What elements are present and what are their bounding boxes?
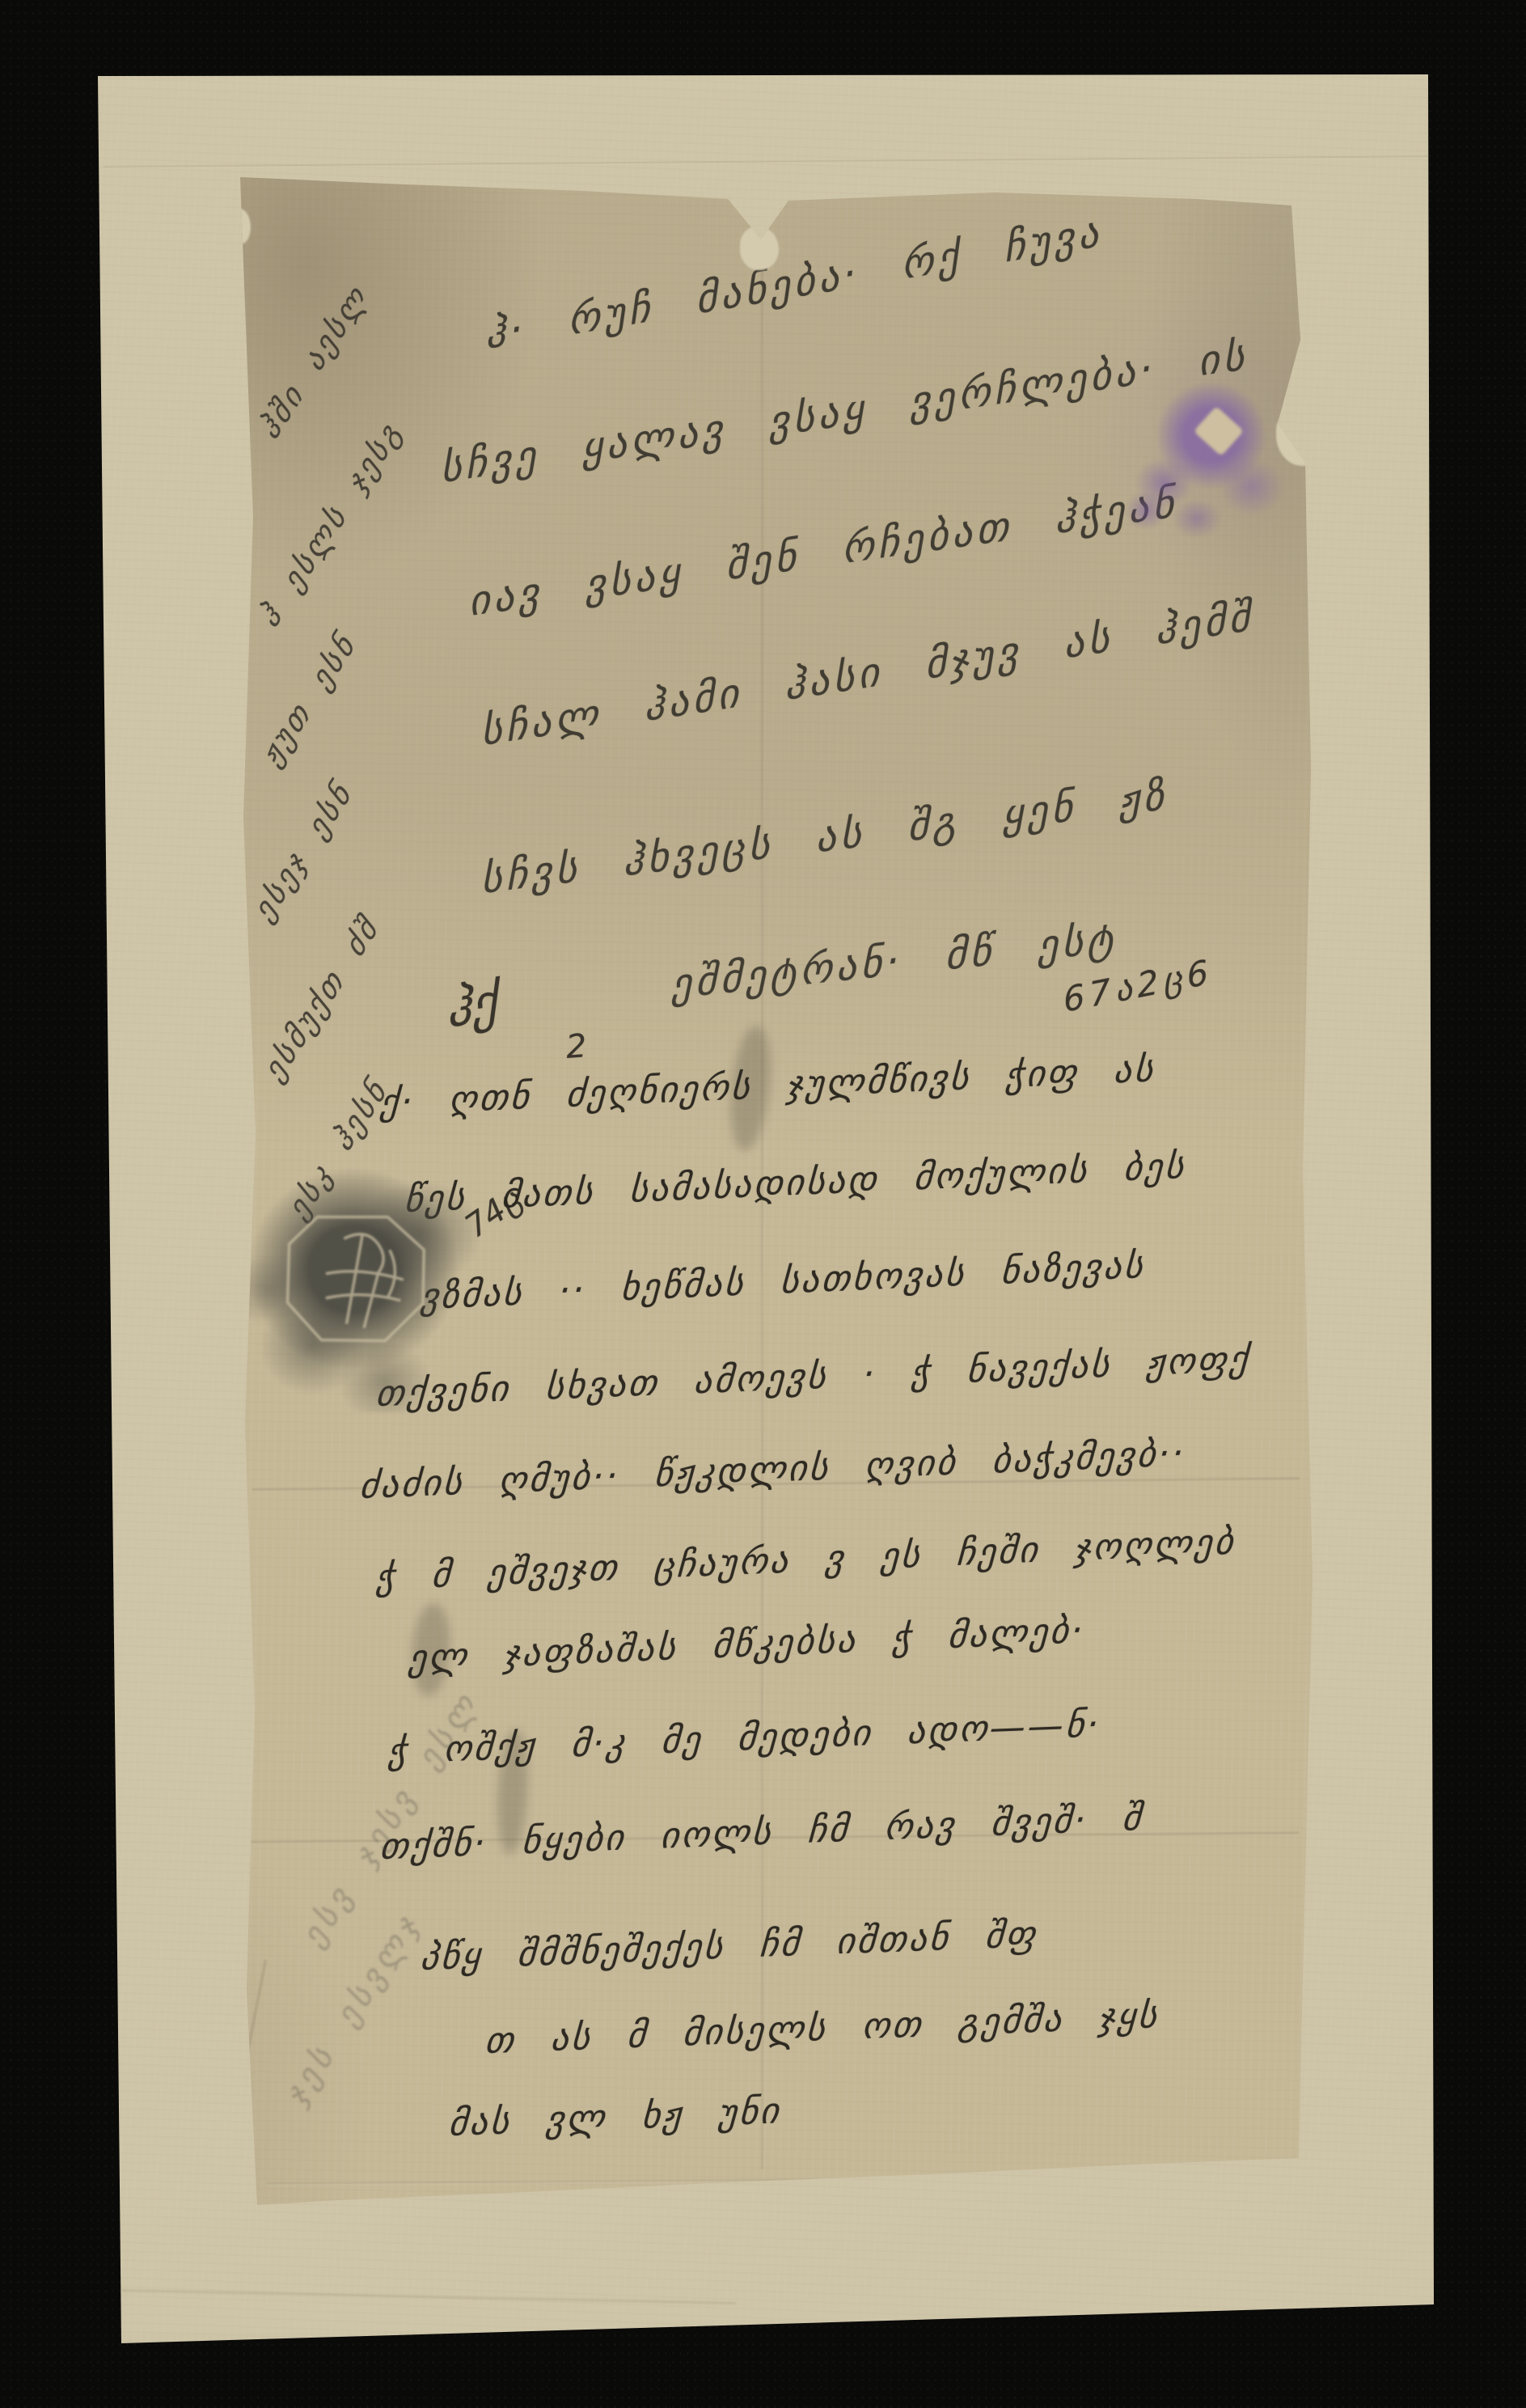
interline-number: 2	[564, 1027, 588, 1066]
stamp-void	[1194, 406, 1244, 456]
marginal-initial: ჰქ	[444, 971, 498, 1039]
purple-ink-stamp	[1124, 364, 1306, 562]
seal-stamp	[236, 1157, 492, 1412]
seal-octagon-outline	[236, 1157, 492, 1412]
